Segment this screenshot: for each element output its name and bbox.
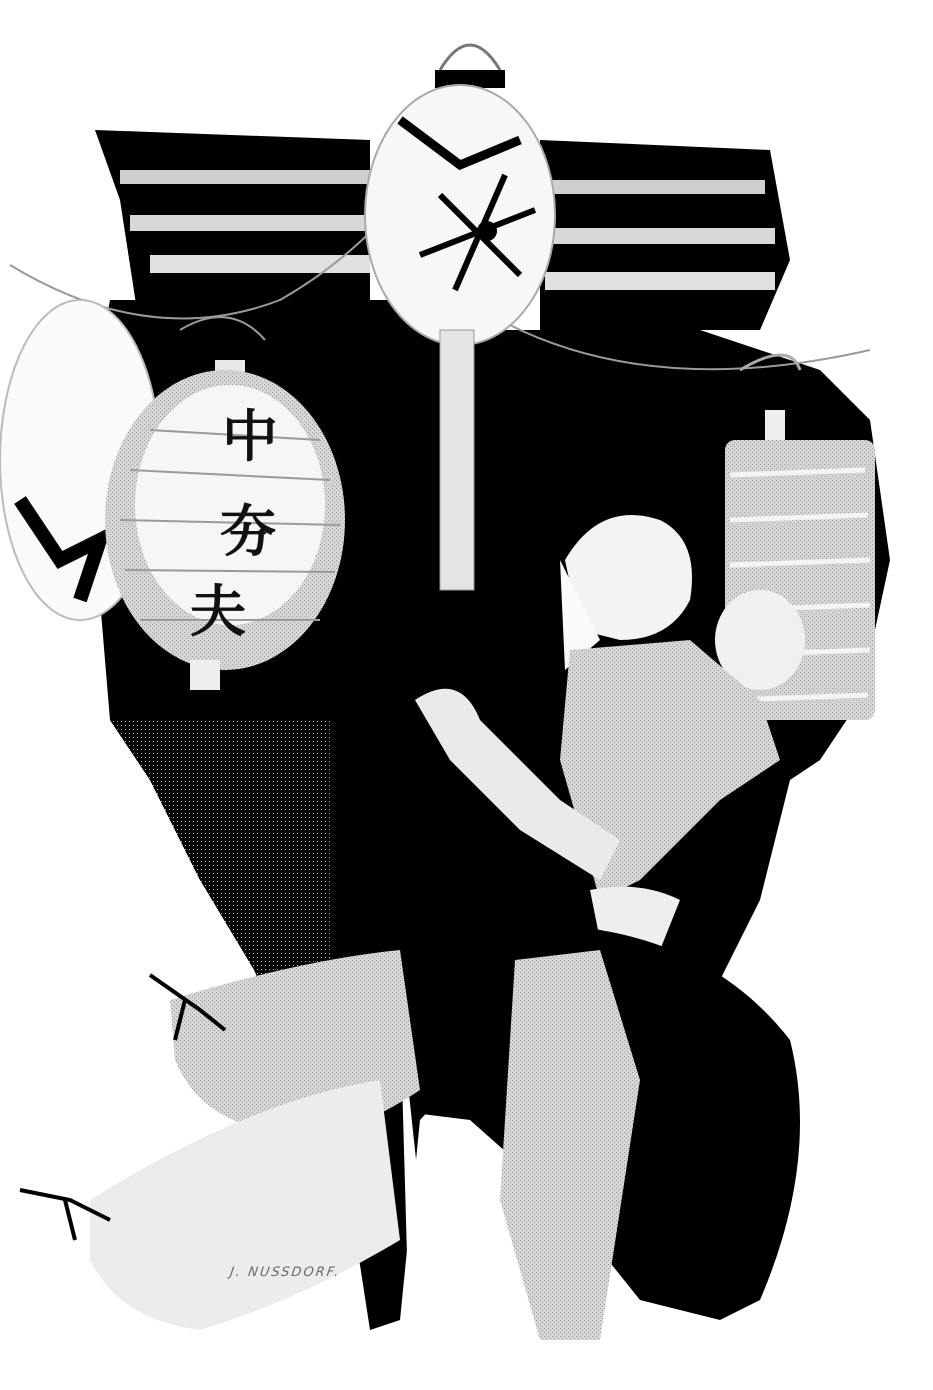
skirt-panels — [20, 950, 420, 1330]
lantern-glyph-1: 中 — [222, 410, 278, 466]
artist-signature: J. NUSSDORF. — [229, 1265, 342, 1280]
illustration — [0, 0, 933, 1390]
lantern-glyph-3: 夫 — [190, 585, 246, 641]
lantern-glyph-2: 夯 — [220, 505, 276, 561]
